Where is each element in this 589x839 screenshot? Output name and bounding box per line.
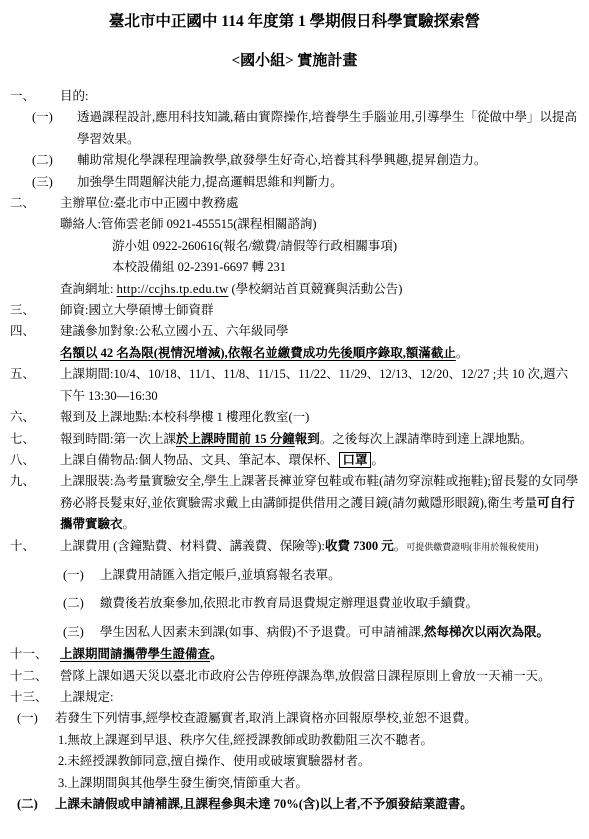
list-item-10-3: (三) 學生因私人因素未到課(如事、病假)不予退費。可申請補課,然每梯次以兩次為… [10,622,579,643]
item-text: 上課規定: [60,687,579,708]
website-line: 查詢網址: http://ccjhs.tp.edu.tw (學校網站首頁競賽與活… [60,279,579,300]
quota-note: 名額以 42 名為限(視情況增減),依報名並繳費成功先後順序錄取,額滿截止。 [60,343,579,364]
quota-note-emphasis: 名額以 42 名為限(視情況增減),依報名並繳費成功先後順序錄取,額滿截止 [60,346,456,360]
list-item-9: 九、 上課服裝:為考量實驗安全,學生上課著長褲並穿包鞋或布鞋(請勿穿涼鞋或拖鞋)… [10,471,579,535]
text-run: 上課費用 (含鐘點費、材料費、講義費、保險等): [60,539,325,553]
list-item-1-3: (三) 加強學生問題解決能力,提高邏輯思維和判斷力。 [10,172,579,193]
list-item-10: 十、 上課費用 (含鐘點費、材料費、講義費、保險等):收費 7300 元。可提供… [10,536,579,558]
list-item-3: 三、 師資:國立大學碩博士師資群 [10,300,579,321]
list-item-1-1: (一) 透過課程設計,應用科技知識,藉由實際操作,培養學生手腦並用,引導學生「從… [10,107,579,150]
item-text: 繳費後若放棄參加,依照北市教育局退費規定辦理退費並收取手續費。 [100,593,579,614]
item-text: 上課期間:10/4、10/18、11/1、11/8、11/15、11/22、11… [60,364,579,407]
list-item-13-2: (二) 上課未請假或申請補課,且課程參與未達 70%(含)以上者,不予頒發結業證… [10,794,579,815]
document-page: 臺北市中正國中 114 年度第 1 學期假日科學實驗探索營 <國小組> 實施計畫… [0,0,589,839]
item-marker: (三) [63,622,100,643]
item-text: 上課費用 (含鐘點費、材料費、講義費、保險等):收費 7300 元。可提供繳費證… [60,536,579,558]
item-marker: 二、 [10,193,60,300]
list-item-4: 四、 建議參加對象:公私立國小五、六年級同學 名額以 42 名為限(視情況增減)… [10,321,579,364]
contact-line-1: 聯絡人:管佈雲老師 0921-455515(課程相關諮詢) [60,214,579,235]
list-item-8: 八、 上課自備物品:個人物品、文具、筆記本、環保杯、口罩。 [10,450,579,471]
item-text: 輔助常規化學課程理論教學,啟發學生好奇心,培養其科學興趣,提昇創造力。 [77,150,579,171]
item-marker: 三、 [10,300,60,321]
list-item-13: 十三、 上課規定: [10,687,579,708]
item-text: 報到時間:第一次上課於上課時間前 15 分鐘報到。之後每次上課請準時到達上課地點… [60,429,579,450]
item-text: 透過課程設計,應用科技知識,藉由實際操作,培養學生手腦並用,引導學生「從做中學」… [77,107,579,150]
item-text: 師資:國立大學碩博士師資群 [60,300,579,321]
item-marker: 五、 [10,364,60,407]
item-text: 加強學生問題解決能力,提高邏輯思維和判斷力。 [77,172,579,193]
item-marker: 十一、 [10,644,60,665]
website-label: 查詢網址: [60,282,117,296]
list-item-2: 二、 主辦單位:臺北市中正國中教務處 聯絡人:管佈雲老師 0921-455515… [10,193,579,300]
item-marker: 八、 [10,450,60,471]
quota-note-period: 。 [456,346,469,360]
document-title: 臺北市中正國中 114 年度第 1 學期假日科學實驗探索營 [10,12,579,32]
item-text: 目的: [60,86,579,107]
text-run-emphasis: 於上課時間前 15 分鐘 [176,432,295,446]
item-text: 上課自備物品:個人物品、文具、筆記本、環保杯、口罩。 [60,450,579,471]
list-item-13-1-3: 3.上課期間與其他學生發生衝突,情節重大者。 [10,773,579,794]
item-marker: 一、 [10,86,60,107]
list-item-10-2: (二) 繳費後若放棄參加,依照北市教育局退費規定辦理退費並收取手續費。 [10,593,579,614]
fee-receipt-note: 可提供繳費證明(非用於報稅使用) [406,542,538,552]
item-marker: 九、 [10,471,60,535]
item-text: 學生因私人因素未到課(如事、病假)不予退費。可申請補課,然每梯次以兩次為限。 [100,622,579,643]
list-item-12: 十二、 營隊上課如遇天災以臺北市政府公告停班停課為準,放假當日課程原則上會放一天… [10,666,579,687]
item-text: 若發生下列情事,經學校查證屬實者,取消上課資格亦回報原學校,並恕不退費。 [55,708,579,729]
item-marker: (一) [63,565,100,586]
organizer-line: 主辦單位:臺北市中正國中教務處 [60,193,579,214]
text-run: 報到時間:第一次上課 [60,432,176,446]
item-text: 上課費用請匯入指定帳戶,並填寫報名表單。 [100,565,579,586]
item-text: 上課期間請攜帶學生證備查。 [60,644,579,665]
text-run: 上課自備物品:個人物品、文具、筆記本、環保杯、 [60,453,338,467]
contact-line-3: 本校設備組 02-2391-6697 轉 231 [60,257,579,278]
document-subtitle: <國小組> 實施計畫 [10,51,579,71]
list-item-13-1-1: 1.無故上課遲到早退、秩序欠佳,經授課教師或助教勸阻三次不聽者。 [10,730,579,751]
item-marker: 十、 [10,536,60,558]
contact-line-2: 游小姐 0922-260616(報名/繳費/請假等行政相關事項) [60,236,579,257]
text-run: 。之後每次上課請準時到達上課地點。 [320,432,533,446]
item-marker: 六、 [10,407,60,428]
list-item-1: 一、 目的: [10,86,579,107]
text-run: 學生因私人因素未到課(如事、病假)不予退費。可申請補課, [100,625,424,639]
item-marker: (三) [32,172,77,193]
website-note: (學校網站首頁競賽與活動公告) [232,282,403,296]
item-marker: 十二、 [10,666,60,687]
text-run-bold: 報到 [295,432,320,446]
text-run: 。 [394,539,407,553]
text-run: 。 [123,517,136,531]
item-marker: (一) [17,708,55,729]
list-item-11: 十一、 上課期間請攜帶學生證備查。 [10,644,579,665]
item-marker: 七、 [10,429,60,450]
list-item-5: 五、 上課期間:10/4、10/18、11/1、11/8、11/15、11/22… [10,364,579,407]
text-run: 。 [372,453,385,467]
item-marker: (二) [32,150,77,171]
item-text: 上課未請假或申請補課,且課程參與未達 70%(含)以上者,不予頒發結業證書。 [55,794,579,815]
list-item-6: 六、 報到及上課地點:本校科學樓 1 樓理化教室(一) [10,407,579,428]
item-marker: (二) [63,593,100,614]
list-item-13-1: (一) 若發生下列情事,經學校查證屬實者,取消上課資格亦回報原學校,並恕不退費。 [10,708,579,729]
item-marker: 十三、 [10,687,60,708]
item-text: 建議參加對象:公私立國小五、六年級同學 [60,321,579,342]
text-run-bold: 然每梯次以兩次為限。 [424,625,549,639]
mask-boxed-text: 口罩 [339,452,370,468]
website-link[interactable]: http://ccjhs.tp.edu.tw [117,282,229,296]
item-text: 營隊上課如遇天災以臺北市政府公告停班停課為準,放假當日課程原則上會放一天補一天。 [60,666,579,687]
item-marker: 四、 [10,321,60,364]
item-marker: (一) [32,107,77,150]
text-run-emphasis: 上課期間請攜帶學生證備查 [60,647,210,661]
item-text: 報到及上課地點:本校科學樓 1 樓理化教室(一) [60,407,579,428]
text-run: 上課服裝:為考量實驗安全,學生上課著長褲並穿包鞋或布鞋(請勿穿涼鞋或拖鞋);留長… [60,474,578,509]
text-run-bold: 。 [210,647,223,661]
list-item-1-2: (二) 輔助常規化學課程理論教學,啟發學生好奇心,培養其科學興趣,提昇創造力。 [10,150,579,171]
item-marker: (二) [17,794,55,815]
list-item-7: 七、 報到時間:第一次上課於上課時間前 15 分鐘報到。之後每次上課請準時到達上… [10,429,579,450]
list-item-10-1: (一) 上課費用請匯入指定帳戶,並填寫報名表單。 [10,565,579,586]
fee-amount: 收費 7300 元 [325,539,394,553]
item-text: 上課服裝:為考量實驗安全,學生上課著長褲並穿包鞋或布鞋(請勿穿涼鞋或拖鞋);留長… [60,471,579,535]
list-item-13-1-2: 2.未經授課教師同意,擅自操作、使用或破壞實驗器材者。 [10,751,579,772]
